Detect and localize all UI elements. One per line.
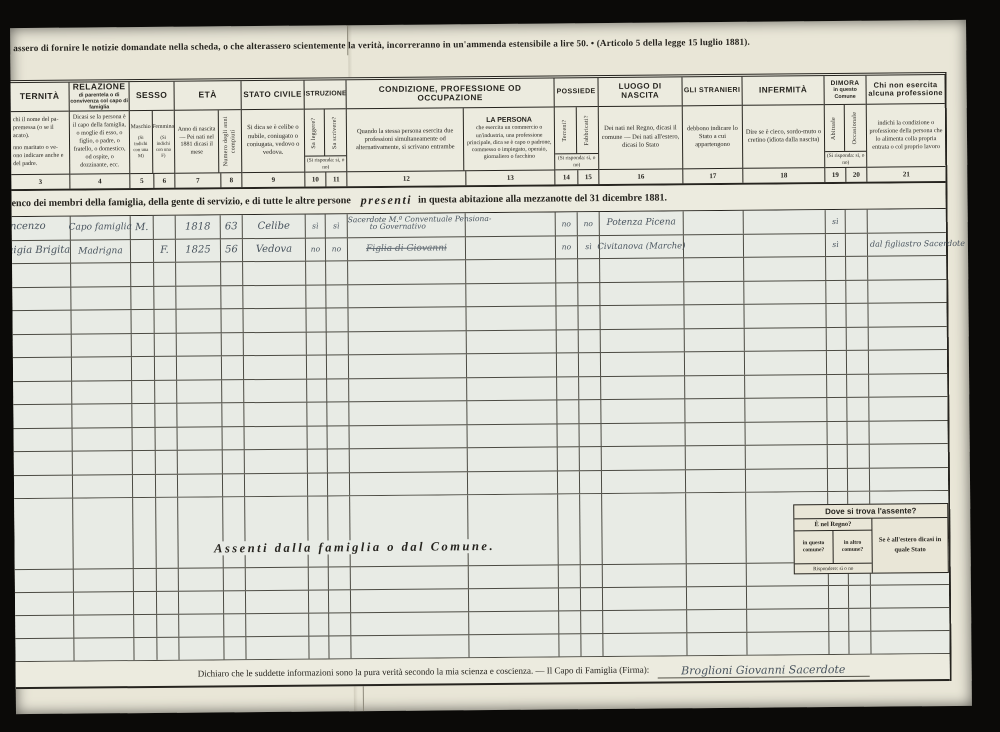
col-stato-civile: STATO CIVILE Si dica se è celibe o nubil…: [241, 81, 305, 188]
istruzione-scrivere-label: Sa scrivere?: [331, 116, 339, 149]
la-persona-title: LA PERSONA: [486, 116, 532, 125]
assenti-section-title: Assenti dalla famiglia o dal Comune.: [154, 536, 554, 557]
col-num: 10: [305, 172, 326, 186]
col-num: 17: [709, 172, 716, 180]
cell-anni: 56: [225, 244, 238, 255]
col-luogo-nascita-desc: Dei nati nel Regno, dicasi il comune — D…: [601, 125, 680, 151]
col-possiede: POSSIEDE Terreni? Fabbricati? (Si rispon…: [554, 78, 599, 184]
col-num: 20: [846, 168, 866, 182]
cell-relazione: Capo famiglia: [69, 222, 132, 233]
col-dimora: DIMORA in questo Comune Abituale Occasio…: [824, 76, 867, 182]
cell-dimora-abituale: sì: [832, 240, 838, 249]
sesso-femmina-note: (Si indichi con una F): [153, 136, 173, 160]
cell-nome: uigia Brigita: [10, 244, 70, 256]
col-paternita-desc1: chì il nome del pa- premessa (o se il ac…: [13, 117, 67, 141]
col-num: 9: [272, 176, 276, 184]
col-nessuna-professione: Chi non esercita alcuna professione indi…: [866, 75, 945, 182]
col-dimora-subtitle: in questo Comune: [825, 87, 866, 100]
cell-fabbricati: sì: [585, 242, 591, 251]
dimora-abituale-label: Abituale: [830, 117, 838, 140]
cell-anni: 63: [225, 221, 238, 232]
col-num: 21: [903, 170, 910, 178]
col-possiede-title: POSSIEDE: [557, 88, 596, 96]
col-infermita: INFERMITÀ Dire se è cieco, sordo-muto o …: [742, 76, 825, 183]
istruzione-note: (Si risponda: sì, o no): [305, 156, 346, 172]
eta-anno-label: Anno di nascita — Pei nati nel 1881 dica…: [176, 126, 218, 156]
col-num: 19: [825, 168, 846, 182]
cell-condizione: Sacerdote M.º Conventuale Pensiona- to G…: [348, 214, 465, 231]
col-num: 18: [780, 171, 787, 179]
cell-fabbricati: no: [584, 219, 593, 228]
banner-emphasis: presenti: [361, 193, 412, 208]
col-relazione-subtitle: di parentela o di convivenza col capo di…: [70, 92, 129, 111]
sesso-maschio-note: (Si indichi con una M): [131, 136, 151, 160]
col-num: 8: [221, 173, 241, 187]
col-eta-title: ETÀ: [198, 91, 216, 101]
col-num: 12: [347, 171, 466, 186]
cell-terreni: no: [562, 243, 571, 252]
cell-stato-civile: Vedova: [256, 244, 292, 255]
empty-presenti-rows: [12, 256, 948, 499]
assente-location-box: Dove si trova l'assente? È nel Regno? in…: [793, 503, 949, 574]
col-eta: ETÀ Anno di nascita — Pei nati nel 1881 …: [174, 81, 242, 188]
cell-anno-nascita: 1825: [185, 245, 211, 256]
box-questo-comune-label: in questo comune?: [794, 531, 833, 563]
box-nota: Rispondere: sì o no: [795, 563, 872, 574]
cell-sa-leggere: no: [311, 245, 320, 254]
dimora-note: (Si risponda: sì, o no): [825, 151, 866, 167]
census-sheet-paper: assero di fornire le notizie domandate n…: [10, 20, 972, 714]
legal-notice: assero di fornire le notizie domandate n…: [13, 35, 963, 53]
box-altro-comune-label: in altro comune?: [833, 531, 871, 563]
cell-luogo-nascita: Potenza Picena: [607, 218, 676, 229]
la-persona-desc: che esercita un commercio o un'industria…: [465, 125, 553, 162]
head-of-family-signature: Broglioni Giovanni Sacerdote: [657, 662, 869, 678]
box-regno-label: È nel Regno?: [814, 521, 851, 528]
col-sesso: SESSO Maschio (Si indichi con una M) Fem…: [130, 82, 176, 188]
col-nessuna-professione-desc: indichi la condizione o professione dell…: [869, 119, 943, 152]
istruzione-leggere-label: Sa leggere?: [310, 117, 318, 148]
col-sesso-title: SESSO: [136, 91, 167, 101]
col-paternita-title: TERNITÀ: [20, 92, 60, 102]
cell-sa-scrivere: sì: [333, 221, 339, 230]
cell-dimora-abituale: sì: [832, 217, 838, 226]
col-num: 14: [555, 170, 578, 184]
col-num: 7: [175, 173, 221, 187]
box-estero-label: Se è all'estero dicasi in quale Stato: [875, 535, 944, 556]
cell-femmina: F.: [160, 245, 169, 256]
cell-condizione-cancellata: Figlia di Giovanni: [366, 243, 447, 254]
photo-of-census-form: assero di fornire le notizie domandate n…: [0, 0, 1000, 732]
eta-anni-label: Numero degli anni compiuti: [222, 111, 238, 171]
col-paternita-desc2: nno maritato o ve- ono indicare anche e …: [13, 145, 67, 169]
cell-luogo-nascita: Civitanova (Marche): [597, 241, 685, 252]
col-num: 15: [578, 170, 598, 184]
col-infermita-title: INFERMITÀ: [759, 86, 807, 95]
col-stato-civile-desc: Si dica se è celibe o nubile, coniugato …: [244, 124, 302, 158]
box-title: Dove si trova l'assente?: [825, 506, 916, 516]
empty-assenti-rows: [15, 562, 950, 662]
assenti-band: Assenti dalla famiglia o dal Comune. Dov…: [14, 491, 949, 570]
cell-anno-nascita: 1818: [185, 221, 211, 232]
census-table: TERNITÀ chì il nome del pa- premessa (o …: [10, 72, 951, 689]
possiede-fabbricati-label: Fabbricati?: [583, 115, 591, 145]
col-stato-civile-title: STATO CIVILE: [243, 90, 302, 99]
col-num: 5: [130, 174, 154, 188]
col-infermita-desc: Dire se è cieco, sordo-muto o cretino (i…: [745, 128, 822, 145]
col-stranieri-desc: debbono indicare lo Stato a cui apparten…: [685, 124, 740, 149]
declaration-text: Dichiaro che le suddette informazioni so…: [198, 664, 650, 678]
col-istruzione: ISTRUZIONE Sa leggere? Sa scrivere? (Si …: [304, 80, 347, 186]
banner-post: in questa abitazione alla mezzanotte del…: [418, 192, 667, 205]
sesso-femmina-label: Femmina: [152, 124, 174, 131]
col-stranieri: GLI STRANIERI debbono indicare lo Stato …: [682, 77, 743, 184]
sesso-maschio-label: Maschio: [131, 124, 151, 131]
col-luogo-nascita: LUOGO DI NASCITA Dei nati nel Regno, dic…: [598, 77, 683, 184]
cell-sa-scrivere: no: [332, 245, 341, 254]
banner-pre: enco dei membri della famiglia, della ge…: [12, 195, 351, 209]
col-num: 16: [637, 173, 644, 181]
col-condizione-group: CONDIZIONE, PROFESSIONE OD OCCUPAZIONE Q…: [346, 78, 555, 186]
cell-nome: incenzo: [10, 221, 46, 232]
col-num: 6: [154, 174, 174, 188]
col-num: 3: [39, 178, 43, 186]
condizione-desc: Quando la stessa persona esercita due pr…: [348, 127, 463, 152]
col-istruzione-title: ISTRUZIONE: [304, 91, 345, 99]
col-relazione-desc: Dicasi se la persona è il capo della fam…: [72, 114, 127, 170]
col-luogo-nascita-title: LUOGO DI NASCITA: [599, 83, 682, 101]
col-relazione: RELAZIONE di parentela o di convivenza c…: [70, 82, 131, 189]
table-body: incenzo Capo famiglia M. 1818 63 Celibe …: [12, 209, 950, 689]
col-num: 11: [326, 172, 346, 186]
col-num: 13: [466, 170, 554, 185]
possiede-note: (Si risponda: sì, o no): [555, 153, 598, 169]
table-header: TERNITÀ chì il nome del pa- premessa (o …: [11, 75, 946, 191]
col-relazione-title: RELAZIONE: [73, 82, 126, 92]
col-paternita: TERNITÀ chì il nome del pa- premessa (o …: [11, 83, 71, 190]
cell-sa-leggere: sì: [312, 221, 318, 230]
col-condizione-title: CONDIZIONE, PROFESSIONE OD OCCUPAZIONE: [347, 83, 554, 103]
cell-relazione: Madrigna: [78, 246, 123, 256]
possiede-terreni-label: Terreni?: [561, 119, 569, 141]
cell-maschio: M.: [135, 222, 149, 233]
col-nessuna-professione-title: Chi non esercita alcuna professione: [867, 81, 945, 98]
dimora-occasionale-label: Occasionale: [851, 112, 859, 145]
col-num: 4: [98, 177, 102, 185]
col-stranieri-title: GLI STRANIERI: [684, 87, 741, 95]
cell-terreni: no: [562, 219, 571, 228]
assenti-title-text: Assenti dalla famiglia o dal Comune.: [206, 539, 503, 556]
cell-sostegno: dal figliastro Sacerdote: [870, 238, 965, 248]
cell-stato-civile: Celibe: [258, 220, 290, 231]
